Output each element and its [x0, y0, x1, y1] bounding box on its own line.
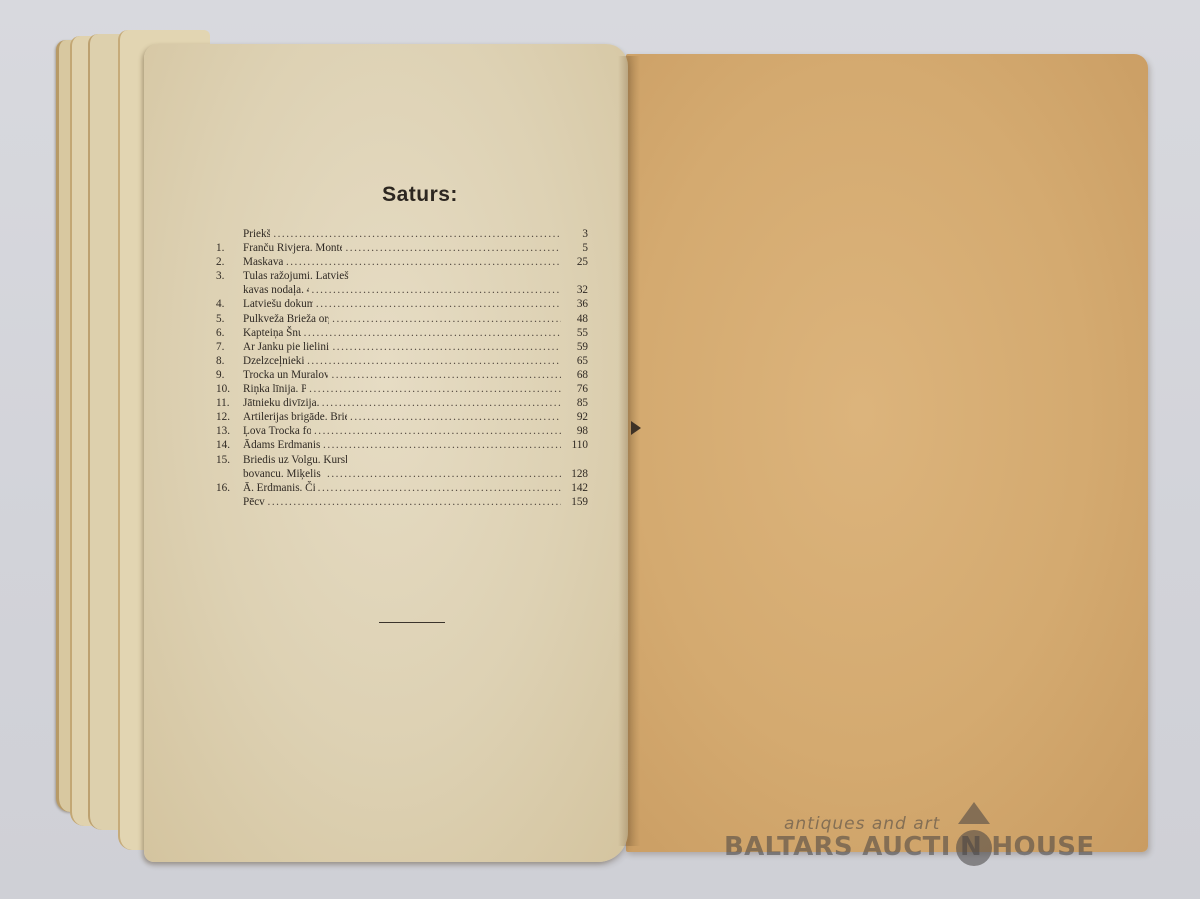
toc-entry: 14.Ādams Erdmanis. Anarchisti. Lieliniek… [216, 438, 588, 452]
toc-entry-page: 128 [564, 467, 588, 481]
toc-entry: 9.Trocka un Muralova štābi. Jankas «buma… [216, 368, 588, 382]
toc-entry-number: 7. [216, 340, 243, 354]
toc-entry: kavas nodaļa. 400.000 virsnieku32 [216, 283, 588, 297]
toc-entry: 4.Latviešu dokuments. Archangeļska36 [216, 297, 588, 311]
toc-entry: 10.Riņka līnija. Piroksilīna draudi76 [216, 382, 588, 396]
toc-entry-page: 68 [564, 368, 588, 382]
toc-entry-title: Maskavas latvieši [243, 255, 283, 269]
toc-entry-number: 16. [216, 481, 243, 495]
toc-entry: Priekšvārds3 [216, 227, 588, 241]
toc-leader-dots [316, 297, 561, 311]
toc-entry-title: Ādams Erdmanis. Anarchisti. Lielinieki [243, 438, 320, 452]
toc-entry-page: 76 [564, 382, 588, 396]
toc-entry-page: 85 [564, 396, 588, 410]
toc-entry-number: 4. [216, 297, 243, 311]
toc-entry: Pēcvārds159 [216, 495, 588, 509]
toc-entry-page: 142 [564, 481, 588, 495]
toc-entry-title: Ā. Erdmanis. Čikaļinī. Barons Bodē [243, 481, 315, 495]
binding-staple-mark [631, 421, 641, 435]
toc-entry-number: 1. [216, 241, 243, 255]
toc-entry-page: 98 [564, 424, 588, 438]
toc-entry-title: Kapteiņa Šnukas revolveris [243, 326, 301, 340]
toc-leader-dots [318, 481, 561, 495]
toc-entry: 2.Maskavas latvieši25 [216, 255, 588, 269]
toc-entry-number: 14. [216, 438, 243, 452]
right-page-blank [626, 54, 1148, 852]
toc-leader-dots [312, 283, 561, 297]
toc-entry-title: Pēcvārds [243, 495, 265, 509]
watermark-name: BALTARS AUCTI N HOUSE [724, 832, 1094, 862]
toc-entry: 8.Dzelzceļnieki — «Vikželisti»65 [216, 354, 588, 368]
watermark-tagline: antiques and art [784, 814, 940, 834]
toc-entry-page: 3 [564, 227, 588, 241]
toc-entry-page: 36 [564, 297, 588, 311]
toc-entry-number: 12. [216, 410, 243, 424]
toc-entry: 15.Briedis uz Volgu. Kurskas štābs. Tara… [216, 453, 588, 467]
toc-entry: 3.Tulas ražojumi. Latviešu Nacionālas Ka… [216, 269, 588, 283]
toc-entry-page: 65 [564, 354, 588, 368]
toc-entry-page: 159 [564, 495, 588, 509]
toc-entry-title: bovancu. Miķelis Stengrēvics. Informācij… [243, 467, 324, 481]
toc-entry-title: Pulkveža Brieža organizācija. Komisārs J… [243, 312, 329, 326]
toc-entry-title: Ļova Trocka fokusi. Jankas bēdas [243, 424, 311, 438]
toc-entry: 1.Franču Rivjera. Montekarlo ekspresis. … [216, 241, 588, 255]
toc-entry-title: Riņka līnija. Piroksilīna draudi [243, 382, 306, 396]
toc-leader-dots [314, 424, 561, 438]
toc-entry-number: 6. [216, 326, 243, 340]
toc-entry-title: Dzelzceļnieki — «Vikželisti» [243, 354, 304, 368]
toc-entry-page: 32 [564, 283, 588, 297]
toc-entry: 11.Jātnieku divīzija. Maskavas ieņemšana… [216, 396, 588, 410]
toc-leader-dots [307, 354, 561, 368]
toc-entry-number: 2. [216, 255, 243, 269]
toc-entry-page: 110 [564, 438, 588, 452]
toc-entry-page: 5 [564, 241, 588, 255]
toc-entry: 6.Kapteiņa Šnukas revolveris55 [216, 326, 588, 340]
toc-leader-dots [286, 255, 561, 269]
toc-leader-dots [309, 382, 561, 396]
toc-entry-number: 5. [216, 312, 243, 326]
toc-entry-page: 48 [564, 312, 588, 326]
toc-entry-title: Priekšvārds [243, 227, 270, 241]
toc-entry-title: Trocka un Muralova štābi. Jankas «bumaga… [243, 368, 328, 382]
toc-entry: 7.Ar Janku pie lieliniekiem. Napoleonisk… [216, 340, 588, 354]
toc-leader-dots [332, 312, 561, 326]
toc-entry-page: 59 [564, 340, 588, 354]
toc-entry: 13.Ļova Trocka fokusi. Jankas bēdas98 [216, 424, 588, 438]
toc-entry: 12.Artilerijas brigāde. Brieža «Beninger… [216, 410, 588, 424]
toc-entry-number: 9. [216, 368, 243, 382]
book-gutter [618, 56, 640, 846]
toc-entry-number: 8. [216, 354, 243, 368]
toc-entry-page: 55 [564, 326, 588, 340]
toc-leader-dots [273, 227, 561, 241]
toc-entry: bovancu. Miķelis Stengrēvics. Informācij… [216, 467, 588, 481]
toc-entry-title: Artilerijas brigāde. Brieža «Beningers».… [243, 410, 347, 424]
crown-icon [958, 802, 990, 824]
toc-entry-title: Tulas ražojumi. Latviešu Nacionālas Kare… [243, 269, 349, 283]
toc-entry-title: Latviešu dokuments. Archangeļska [243, 297, 313, 311]
toc-leader-dots [332, 340, 561, 354]
toc-leader-dots [331, 368, 561, 382]
toc-entry: 5.Pulkveža Brieža organizācija. Komisārs… [216, 312, 588, 326]
toc-entry-title: Franču Rivjera. Montekarlo ekspresis. Er… [243, 241, 342, 255]
toc-entry-number: 11. [216, 396, 243, 410]
toc-entry-page: 25 [564, 255, 588, 269]
toc-entry-title: Ar Janku pie lieliniekiem. Napoleoniska … [243, 340, 329, 354]
watermark: antiques and art BALTARS AUCTI N HOUSE [722, 800, 1122, 870]
toc-leader-dots [304, 326, 561, 340]
toc-entry-page: 92 [564, 410, 588, 424]
toc-entry-number: 13. [216, 424, 243, 438]
table-of-contents: Priekšvārds31.Franču Rivjera. Montekarlo… [216, 227, 588, 509]
toc-leader-dots [268, 495, 561, 509]
toc-entry-title: Jātnieku divīzija. Maskavas ieņemšana [243, 396, 319, 410]
toc-entry-number: 3. [216, 269, 243, 283]
toc-entry-number: 10. [216, 382, 243, 396]
toc-entry-number: 15. [216, 453, 243, 467]
toc-leader-dots [323, 438, 561, 452]
toc-entry-title: kavas nodaļa. 400.000 virsnieku [243, 283, 309, 297]
toc-heading: Saturs: [370, 183, 470, 207]
toc-leader-dots [345, 241, 561, 255]
toc-entry: 16.Ā. Erdmanis. Čikaļinī. Barons Bodē142 [216, 481, 588, 495]
toc-leader-dots [350, 410, 561, 424]
divider-rule [379, 622, 445, 623]
toc-leader-dots [322, 396, 561, 410]
toc-leader-dots [327, 467, 561, 481]
toc-entry-title: Briedis uz Volgu. Kurskas štābs. Tarasbu… [243, 453, 347, 467]
